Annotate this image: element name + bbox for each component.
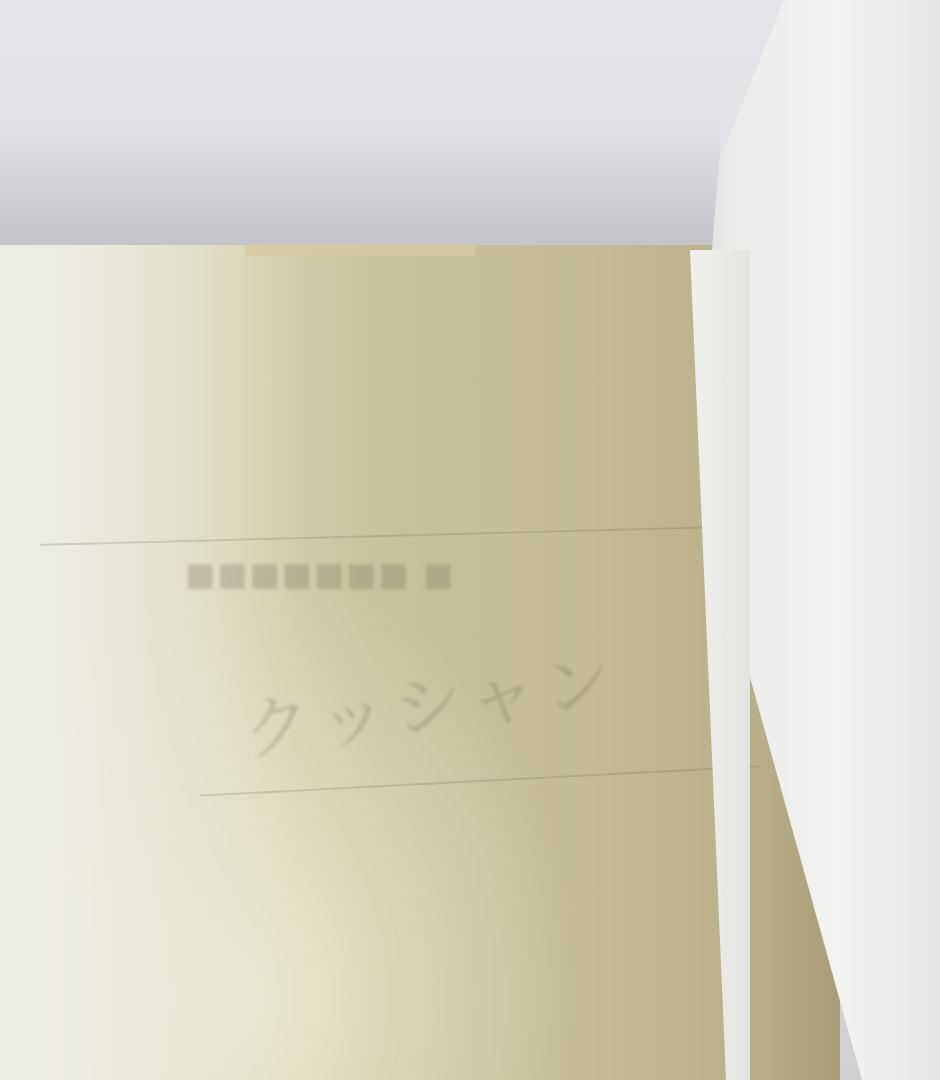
- backdrop-shadow: [0, 120, 720, 260]
- bleed-heading: ■■■■■■■ ■: [185, 555, 455, 593]
- tape-strip: [245, 244, 475, 256]
